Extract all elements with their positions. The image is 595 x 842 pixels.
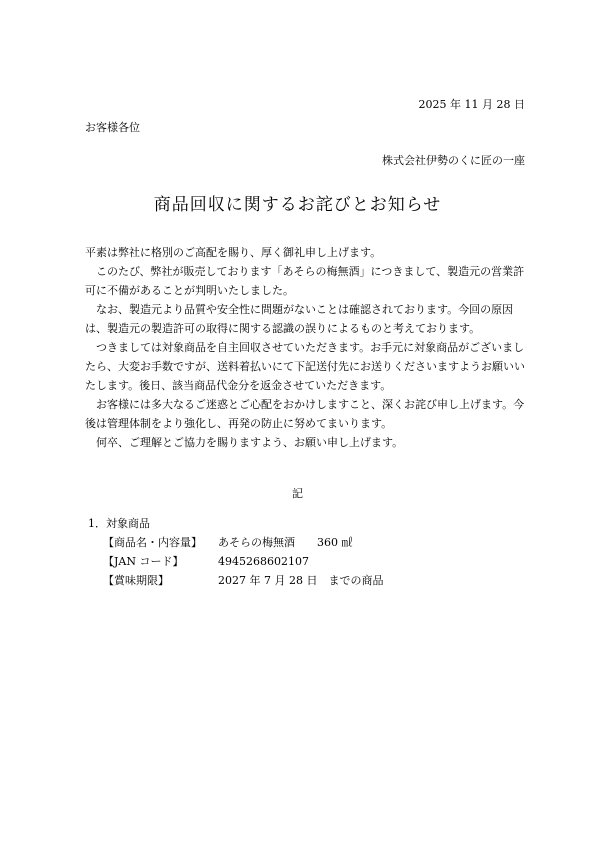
product-detail-row: 【商品名・内容量】 あそらの梅無酒 360 ㎖ xyxy=(103,533,383,552)
target-products-heading: 1．対象商品 xyxy=(88,515,150,531)
body-line: 可に不備があることが判明いたしました。 xyxy=(85,281,527,300)
body-line: お客様には多大なるご迷惑とご心配をおかけしますこと、深くお詫び申し上げます。今 xyxy=(85,395,527,414)
body-line: たします。後日、該当商品代金分を返金させていただきます。 xyxy=(85,376,527,395)
note-marker: 記 xyxy=(0,485,595,501)
body-line: このたび、弊社が販売しております「あそらの梅無酒」につきまして、製造元の営業許 xyxy=(85,262,527,281)
product-detail-row: 【JAN コード】 4945268602107 xyxy=(103,552,383,571)
product-detail-value: 4945268602107 xyxy=(218,552,309,571)
product-detail-label: 【商品名・内容量】 xyxy=(103,533,218,552)
letter-sender-company: 株式会社伊勢のくに匠の一座 xyxy=(85,152,525,168)
letter-body: 平素は弊社に格別のご高配を賜り、厚く御礼申し上げます。 このたび、弊社が販売して… xyxy=(85,243,527,452)
letter-page: 2025 年 11 月 28 日 お客様各位 株式会社伊勢のくに匠の一座 商品回… xyxy=(0,0,595,842)
product-detail-value: あそらの梅無酒 360 ㎖ xyxy=(218,533,353,552)
body-line: たら、大変お手数ですが、送料着払いにて下記送付先にお送りくださいますようお願いい xyxy=(85,357,527,376)
letter-addressee: お客様各位 xyxy=(85,119,140,135)
body-line: 後は管理体制をより強化し、再発の防止に努めてまいります。 xyxy=(85,414,527,433)
body-line: 何卒、ご理解とご協力を賜りますよう、お願い申し上げます。 xyxy=(85,433,527,452)
product-detail-label: 【JAN コード】 xyxy=(103,552,218,571)
target-products-list: 【商品名・内容量】 あそらの梅無酒 360 ㎖ 【JAN コード】 494526… xyxy=(103,533,383,590)
body-line: 平素は弊社に格別のご高配を賜り、厚く御礼申し上げます。 xyxy=(85,243,527,262)
product-detail-value: 2027 年 7 月 28 日 までの商品 xyxy=(218,571,383,590)
body-line: つきましては対象商品を自主回収させていただきます。お手元に対象商品がございまし xyxy=(85,338,527,357)
letter-title: 商品回収に関するお詫びとお知らせ xyxy=(0,190,595,215)
body-line: なお、製造元より品質や安全性に問題がないことは確認されております。今回の原因 xyxy=(85,300,527,319)
product-detail-row: 【賞味期限】 2027 年 7 月 28 日 までの商品 xyxy=(103,571,383,590)
product-detail-label: 【賞味期限】 xyxy=(103,571,218,590)
letter-date: 2025 年 11 月 28 日 xyxy=(85,96,525,112)
body-line: は、製造元の製造許可の取得に関する認識の誤りによるものと考えております。 xyxy=(85,319,527,338)
